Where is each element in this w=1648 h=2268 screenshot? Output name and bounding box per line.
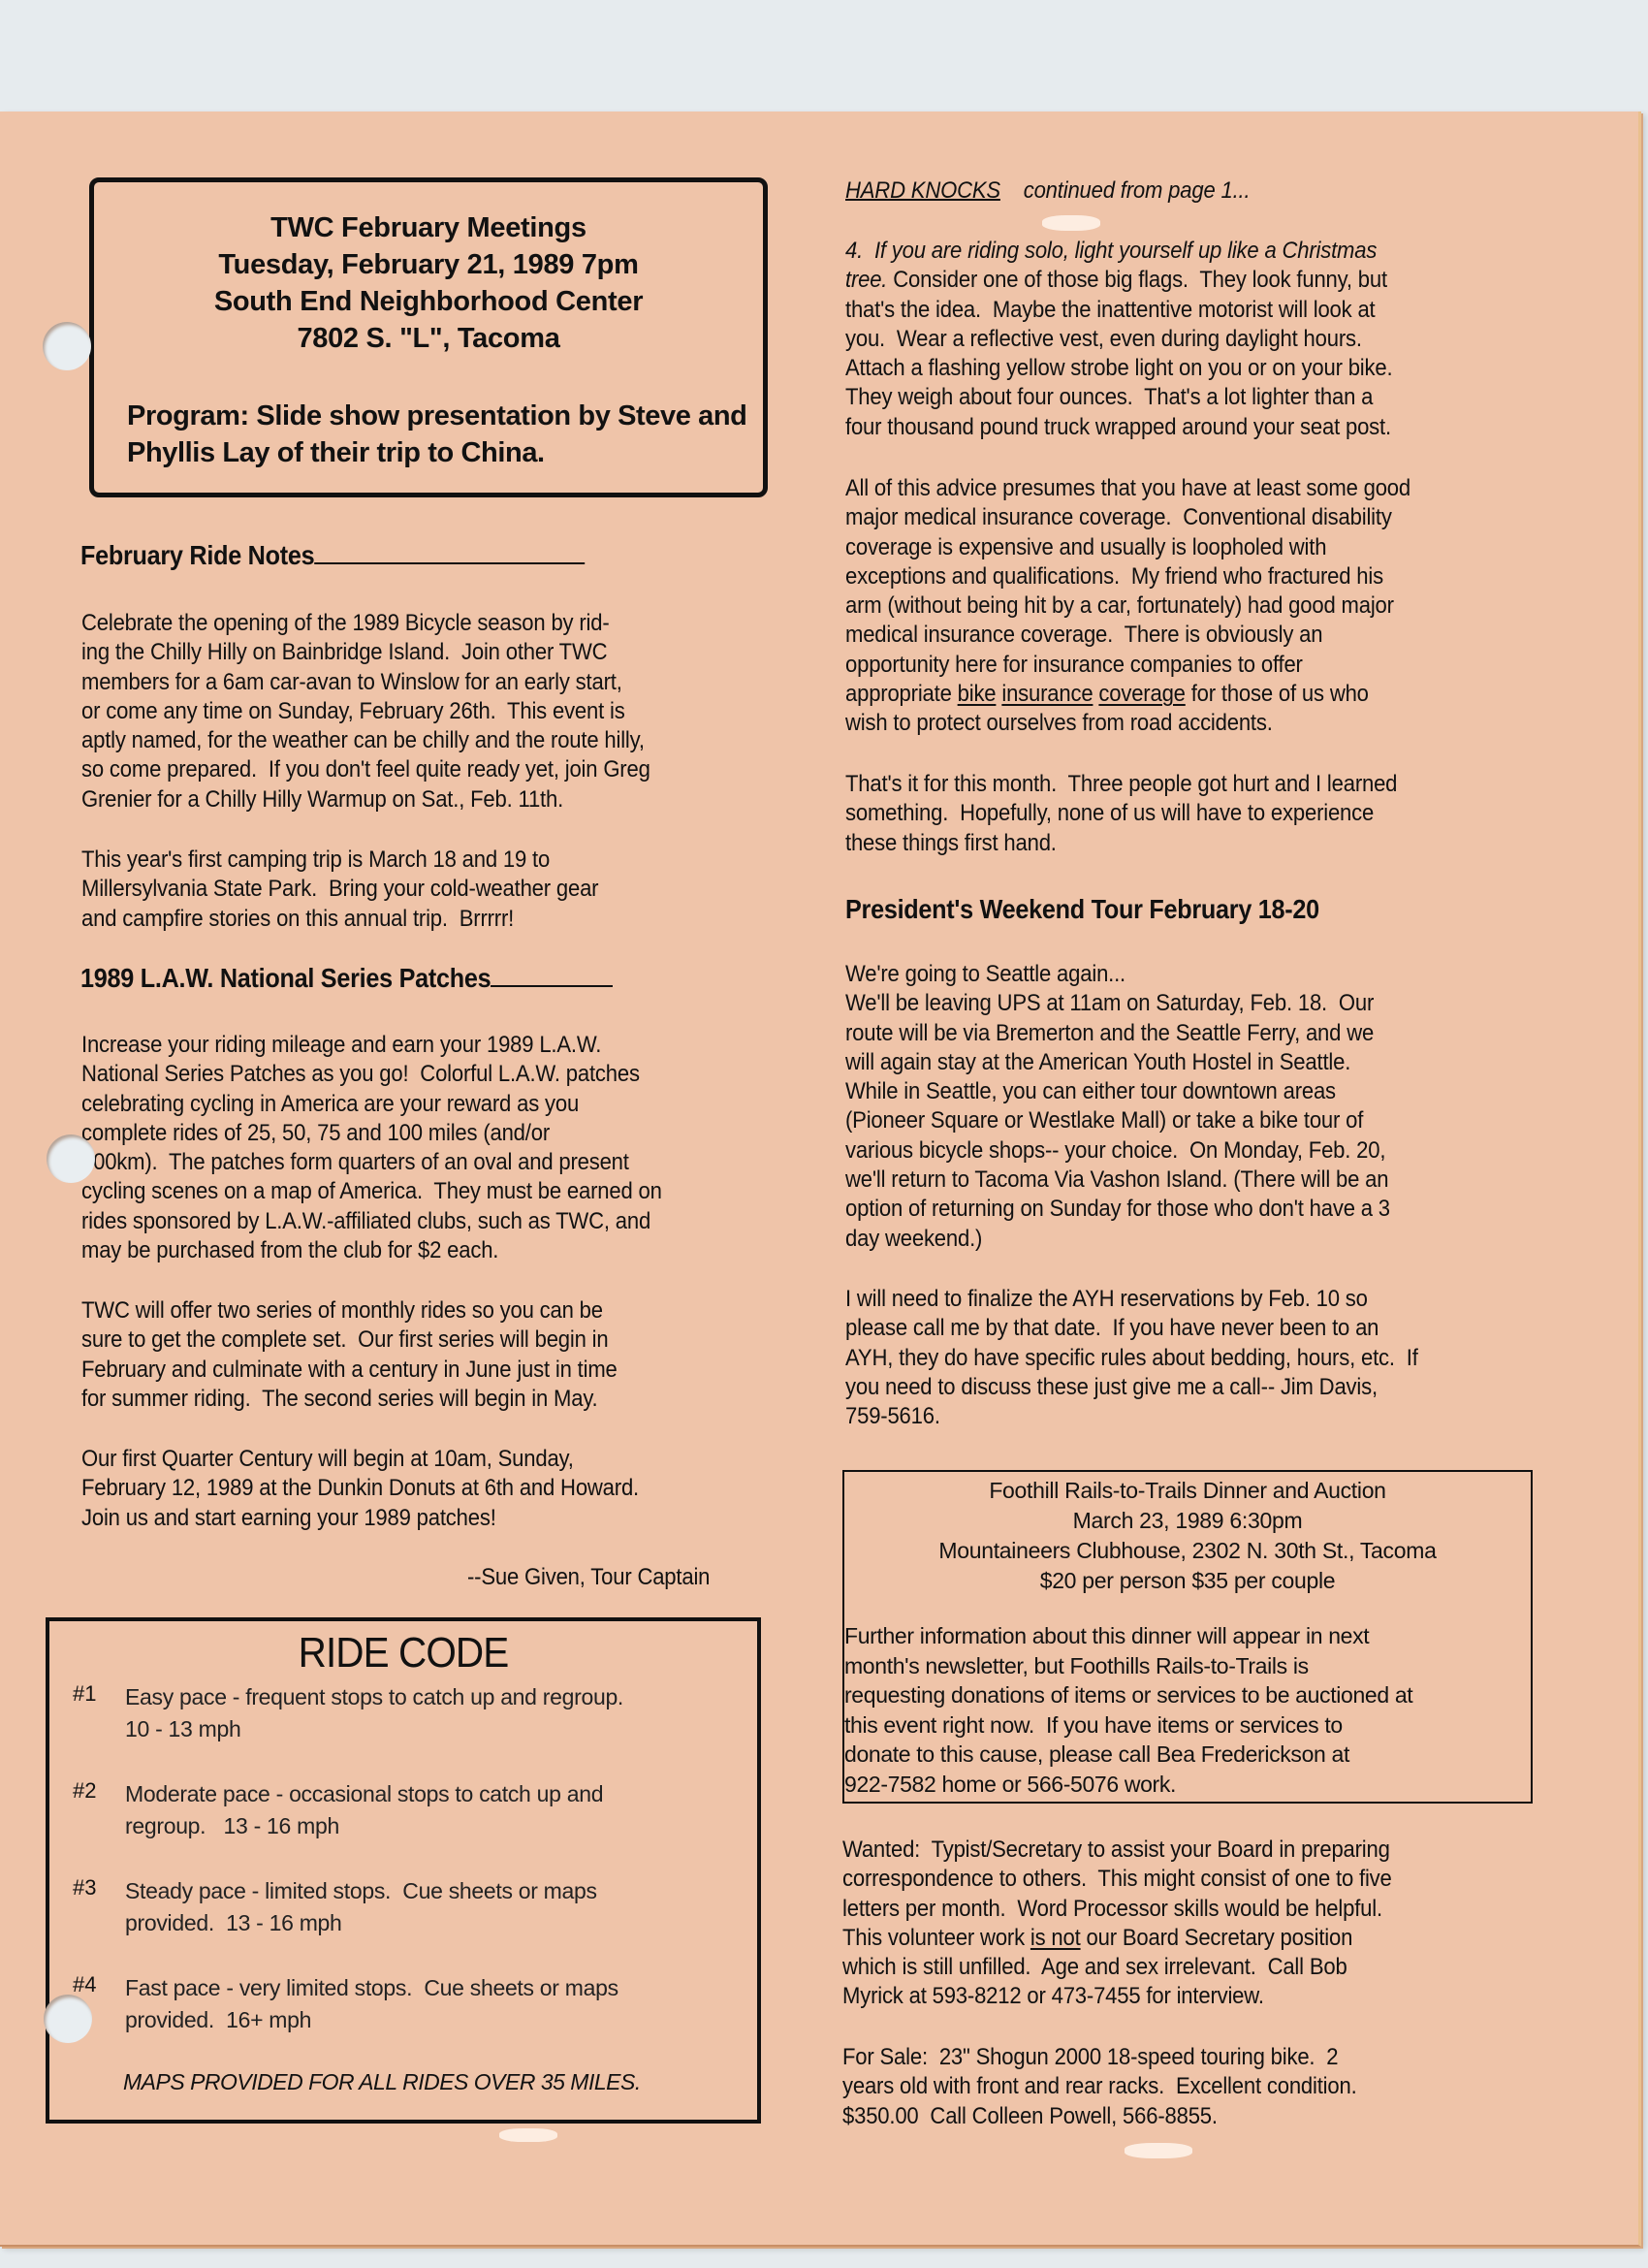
meeting-address: 7802 S. "L", Tacoma	[94, 320, 763, 357]
meeting-details: TWC February Meetings Tuesday, February …	[94, 209, 763, 357]
wanted-ad: Wanted: Typist/Secretary to assist your …	[842, 1836, 1547, 2012]
auction-details: Foothill Rails-to-Trails Dinner and Auct…	[844, 1476, 1531, 1596]
ride-notes-p1: Celebrate the opening of the 1989 Bicycl…	[81, 609, 777, 815]
patches-heading: 1989 L.A.W. National Series Patches	[80, 963, 613, 994]
ride-code-title: RIDE CODE	[78, 1629, 729, 1677]
hard-knocks-closing: That's it for this month. Three people g…	[845, 770, 1550, 858]
hard-knocks-title: HARD KNOCKS	[845, 177, 1000, 204]
meeting-title: TWC February Meetings	[94, 209, 763, 246]
hole-punch	[47, 1134, 95, 1183]
meeting-venue: South End Neighborhood Center	[94, 283, 763, 320]
hole-punch	[44, 1995, 92, 2043]
hard-knocks-header: HARD KNOCKS continued from page 1...	[845, 176, 1523, 206]
presidents-tour-p2: I will need to finalize the AYH reservat…	[845, 1285, 1550, 1431]
meeting-program: Program: Slide show presentation by Stev…	[127, 398, 747, 471]
paper-tear	[1042, 215, 1100, 231]
meeting-announcement-box: TWC February Meetings Tuesday, February …	[89, 177, 768, 497]
auction-announcement-box: Foothill Rails-to-Trails Dinner and Auct…	[842, 1470, 1533, 1804]
heading-rule	[314, 561, 585, 564]
auction-venue: Mountaineers Clubhouse, 2302 N. 30th St.…	[844, 1536, 1531, 1566]
continued-note: continued from page 1...	[1024, 177, 1251, 204]
auction-date: March 23, 1989 6:30pm	[844, 1506, 1531, 1536]
auction-title: Foothill Rails-to-Trails Dinner and Auct…	[844, 1476, 1531, 1506]
hard-knocks-item-4: 4. If you are riding solo, light yoursel…	[845, 237, 1550, 442]
ride-notes-heading: February Ride Notes	[80, 540, 585, 571]
ride-code-maps-note: MAPS PROVIDED FOR ALL RIDES OVER 35 MILE…	[123, 2069, 641, 2095]
hard-knocks-insurance-advice: All of this advice presumes that you hav…	[845, 474, 1550, 739]
presidents-tour-heading: President's Weekend Tour February 18-20	[845, 894, 1319, 925]
auction-price: $20 per person $35 per couple	[844, 1566, 1531, 1596]
patches-p3: Our first Quarter Century will begin at …	[81, 1445, 777, 1533]
hole-punch	[43, 322, 91, 370]
paper-tear	[1125, 2143, 1192, 2158]
patches-signature: --Sue Given, Tour Captain	[467, 1563, 807, 1592]
auction-body: Further information about this dinner wi…	[844, 1621, 1528, 1799]
presidents-tour-p1: We're going to Seattle again... We'll be…	[845, 960, 1550, 1254]
patches-p1: Increase your riding mileage and earn yo…	[81, 1031, 777, 1265]
ride-notes-p2: This year's first camping trip is March …	[81, 846, 777, 934]
meeting-date: Tuesday, February 21, 1989 7pm	[94, 246, 763, 283]
ride-code-box: RIDE CODE #1 Easy pace - frequent stops …	[46, 1617, 761, 2124]
patches-p2: TWC will offer two series of monthly rid…	[81, 1296, 777, 1414]
heading-rule	[491, 984, 613, 987]
for-sale-ad: For Sale: 23" Shogun 2000 18-speed touri…	[842, 2043, 1547, 2131]
paper-tear	[499, 2128, 557, 2142]
